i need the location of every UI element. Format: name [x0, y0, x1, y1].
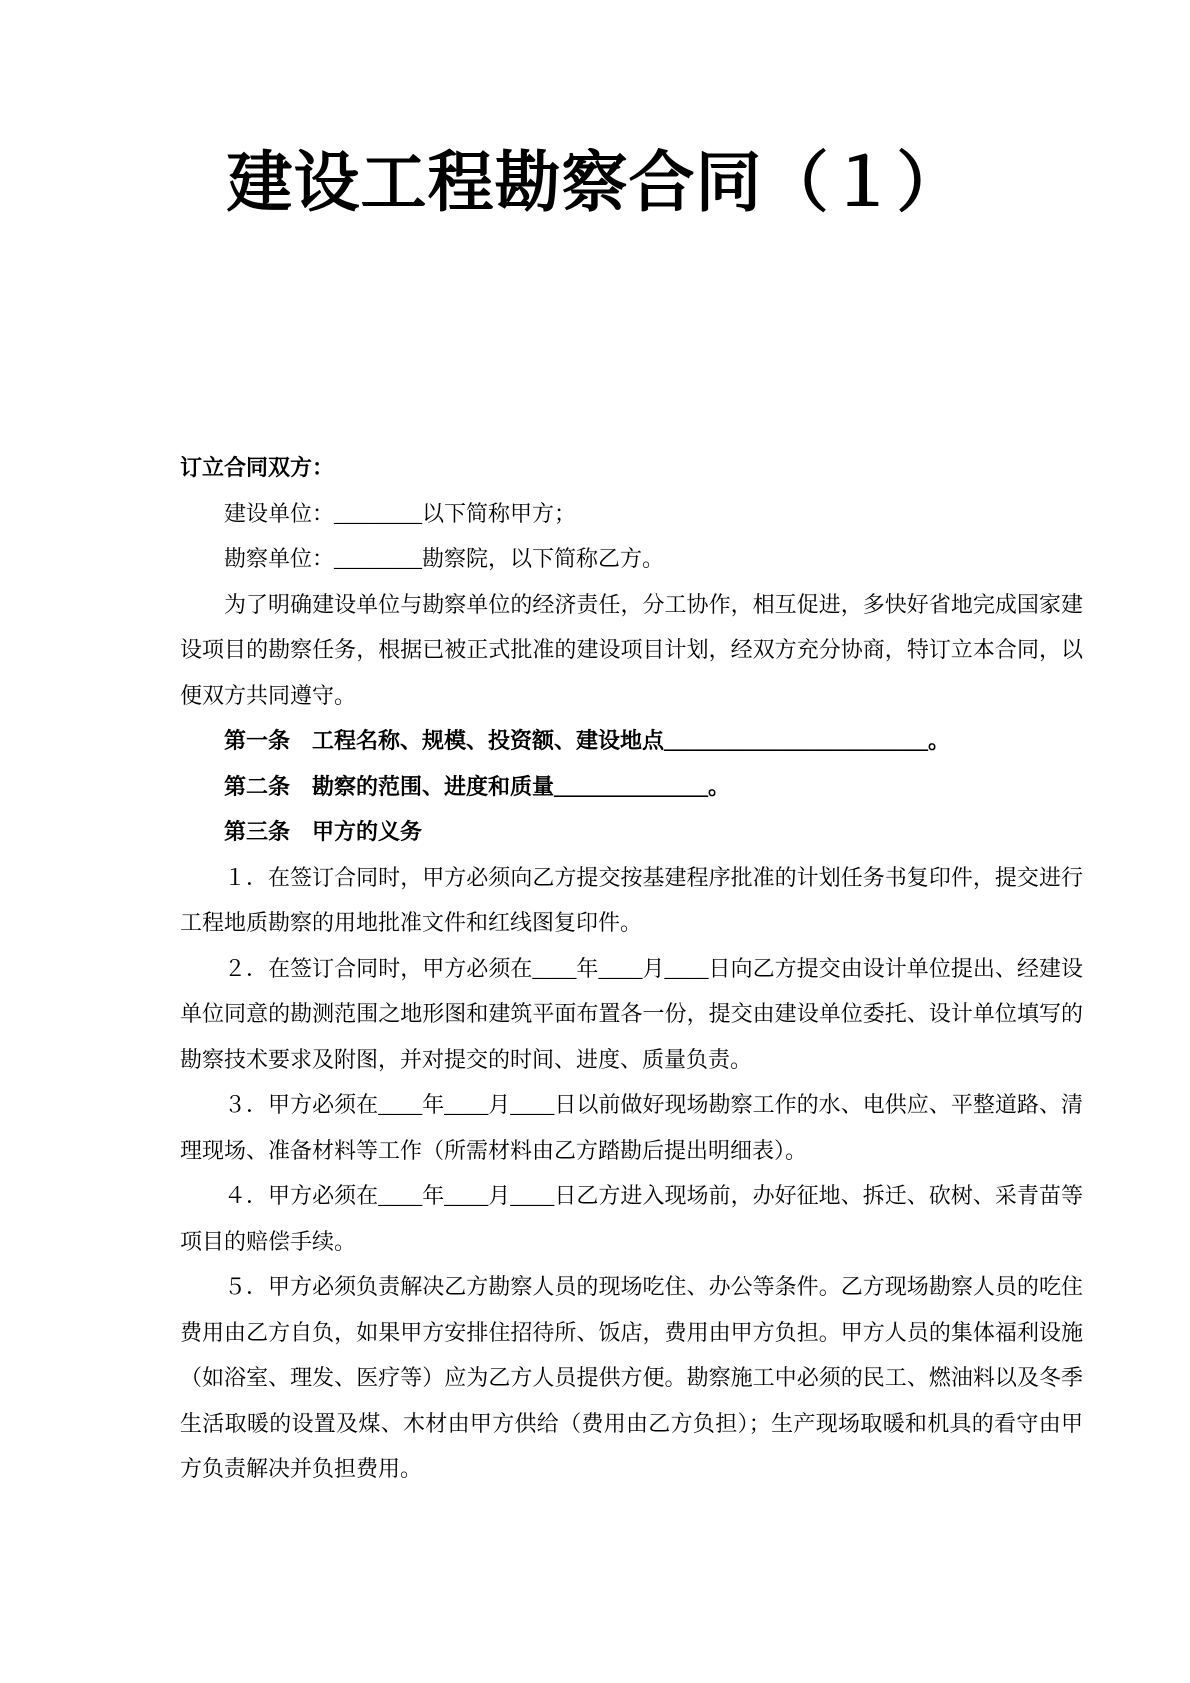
paragraph-article-3-item-5: ５．甲方必须负责解决乙方勘察人员的现场吃住、办公等条件。乙方现场勘察人员的吃住费… — [180, 1264, 1083, 1492]
paragraph-preamble: 为了明确建设单位与勘察单位的经济责任，分工协作，相互促进，多快好省地完成国家建设… — [180, 582, 1083, 719]
paragraph-construction-unit: 建设单位：________以下简称甲方； — [180, 491, 1083, 537]
paragraph-article-3: 第三条 甲方的义务 — [180, 809, 1083, 855]
document-title: 建设工程勘察合同（１） — [20, 142, 1170, 225]
document-page: 建设工程勘察合同（１） 订立合同双方： 建设单位：________以下简称甲方；… — [0, 0, 1190, 1683]
paragraph-article-3-item-2: ２．在签订合同时，甲方必须在____年____月____日向乙方提交由设计单位提… — [180, 946, 1083, 1083]
paragraph-article-2: 第二条 勘察的范围、进度和质量______________。 — [180, 764, 1083, 810]
paragraph-article-3-item-3: ３．甲方必须在____年____月____日以前做好现场勘察工作的水、电供应、平… — [180, 1082, 1083, 1173]
paragraph-article-3-item-1: １．在签订合同时，甲方必须向乙方提交按基建程序批准的计划任务书复印件，提交进行工… — [180, 855, 1083, 946]
paragraph-parties-heading: 订立合同双方： — [180, 445, 1083, 491]
paragraph-survey-unit: 勘察单位：________勘察院，以下简称乙方。 — [180, 536, 1083, 582]
paragraph-article-3-item-4: ４．甲方必须在____年____月____日乙方进入现场前，办好征地、拆迁、砍树… — [180, 1173, 1083, 1264]
document-body: 订立合同双方： 建设单位：________以下简称甲方； 勘察单位：______… — [180, 445, 1083, 1492]
paragraph-article-1: 第一条 工程名称、规模、投资额、建设地点____________________… — [180, 718, 1083, 764]
